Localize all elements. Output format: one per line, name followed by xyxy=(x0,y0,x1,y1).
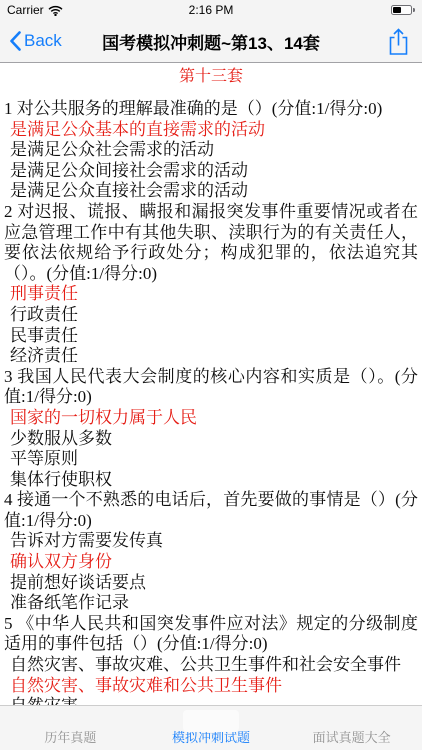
nav-bar: Back 国考模拟冲刺题~第13、14套 xyxy=(0,20,422,63)
answer-option-correct[interactable]: 国家的一切权力属于人民 xyxy=(2,408,420,429)
share-icon xyxy=(388,28,409,56)
wifi-icon xyxy=(48,5,63,16)
back-button[interactable]: Back xyxy=(9,31,62,51)
answer-option[interactable]: 是满足公众社会需求的活动 xyxy=(2,140,420,161)
answer-option[interactable]: 平等原则 xyxy=(2,449,420,470)
answer-option[interactable]: 经济责任 xyxy=(2,346,420,367)
answer-option-correct[interactable]: 自然灾害、事故灾难和公共卫生事件 xyxy=(2,676,420,697)
question-text: 1 对公共服务的理解最准确的是（）(分值:1/得分:0) xyxy=(2,99,420,120)
answer-option[interactable]: 少数服从多数 xyxy=(2,429,420,450)
back-button-label: Back xyxy=(24,31,62,51)
answer-option-correct[interactable]: 确认双方身份 xyxy=(2,552,420,573)
answer-option-correct[interactable]: 是满足公众基本的直接需求的活动 xyxy=(2,120,420,141)
share-button[interactable] xyxy=(388,28,409,56)
question-text: 4 接通一个不熟悉的电话后，首先要做的事情是（）(分值:1/得分:0) xyxy=(2,490,420,531)
answer-option[interactable]: 是满足公众间接社会需求的活动 xyxy=(2,161,420,182)
battery-icon xyxy=(391,5,415,15)
question-text: 3 我国人民代表大会制度的核心内容和实质是（）。(分值:1/得分:0) xyxy=(2,367,420,408)
tab-bar: 历年真题模拟冲刺试题面试真题大全 xyxy=(0,705,422,750)
chevron-left-icon xyxy=(9,31,21,51)
question-text: 5 《中华人民共和国突发事件应对法》规定的分级制度适用的事件包括（）(分值:1/… xyxy=(2,614,420,655)
carrier-label: Carrier xyxy=(7,3,44,17)
section-title: 第十三套 xyxy=(2,67,420,87)
question-text: 2 对迟报、谎报、瞒报和漏报突发事件重要情况或者在应急管理工作中有其他失职、渎职… xyxy=(2,202,420,284)
tab-label: 历年真题 xyxy=(44,727,96,746)
answer-option[interactable]: 自然灾害、事故灾难、公共卫生事件和社会安全事件 xyxy=(2,655,420,676)
answer-option[interactable]: 行政责任 xyxy=(2,305,420,326)
content-area: 第十三套 1 对公共服务的理解最准确的是（）(分值:1/得分:0)是满足公众基本… xyxy=(0,63,422,737)
carrier-area: Carrier xyxy=(7,3,63,17)
clock: 2:16 PM xyxy=(0,3,422,17)
answer-option[interactable]: 告诉对方需要发传真 xyxy=(2,531,420,552)
page-title: 国考模拟冲刺题~第13、14套 xyxy=(0,29,422,54)
answer-option[interactable]: 准备纸笔作记录 xyxy=(2,593,420,614)
tab-mock-sprint[interactable]: 模拟冲刺试题 xyxy=(141,706,282,750)
question-list: 1 对公共服务的理解最准确的是（）(分值:1/得分:0)是满足公众基本的直接需求… xyxy=(2,99,420,737)
status-bar: Carrier 2:16 PM xyxy=(0,0,422,20)
answer-option[interactable]: 民事责任 xyxy=(2,326,420,347)
answer-option[interactable]: 集体行使职权 xyxy=(2,470,420,491)
tab-interview-questions[interactable]: 面试真题大全 xyxy=(281,706,422,750)
tab-past-exams[interactable]: 历年真题 xyxy=(0,706,141,750)
answer-option-correct[interactable]: 刑事责任 xyxy=(2,284,420,305)
tab-label: 面试真题大全 xyxy=(313,727,391,746)
tab-icon-placeholder xyxy=(183,710,239,732)
answer-option[interactable]: 是满足公众直接社会需求的活动 xyxy=(2,181,420,202)
answer-option[interactable]: 提前想好谈话要点 xyxy=(2,573,420,594)
app-screen: Carrier 2:16 PM Back 国考模拟冲刺题~第13、14套 xyxy=(0,0,422,750)
